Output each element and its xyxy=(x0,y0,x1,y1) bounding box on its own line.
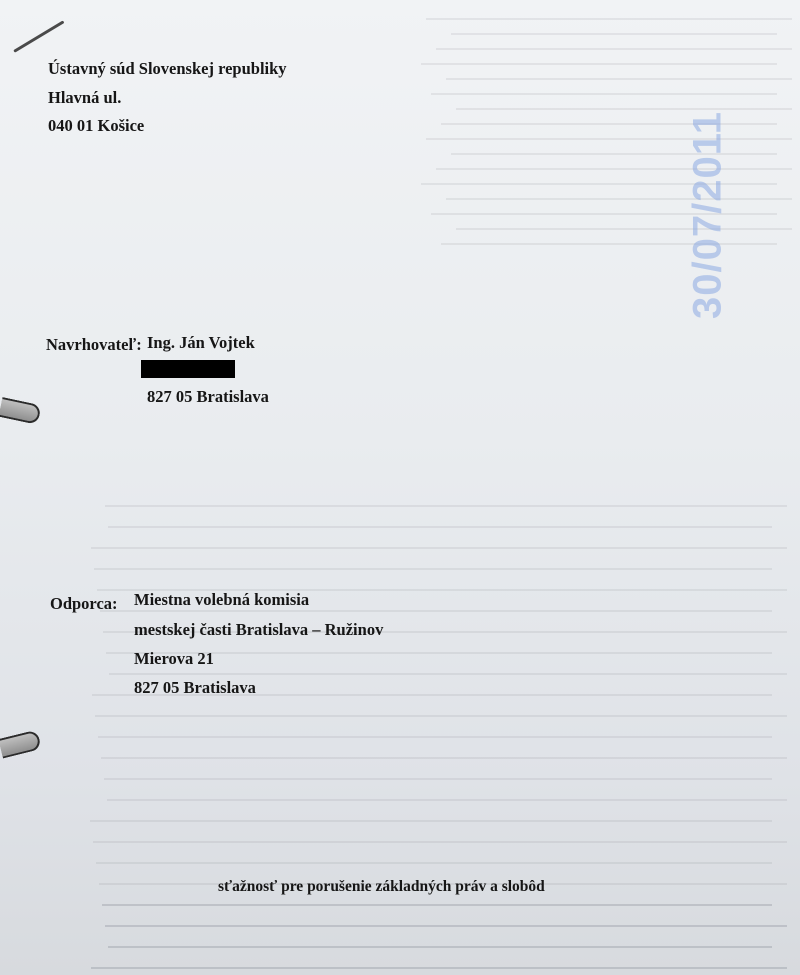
petitioner-city: 827 05 Bratislava xyxy=(147,389,269,406)
respondent-name: Miestna volebná komisia xyxy=(134,592,309,609)
bleedthrough-line xyxy=(446,198,792,200)
bleedthrough-line xyxy=(107,799,787,801)
bleedthrough-line xyxy=(436,48,792,50)
respondent-city: 827 05 Bratislava xyxy=(134,680,256,697)
bleedthrough-line xyxy=(451,33,777,35)
bleedthrough-line xyxy=(95,715,787,717)
bleedthrough-line xyxy=(101,757,787,759)
binding-ring-icon xyxy=(0,729,42,758)
recipient-city: 040 01 Košice xyxy=(48,118,144,135)
bleedthrough-line xyxy=(96,862,772,864)
bleedthrough-line xyxy=(91,547,787,549)
bleedthrough-line xyxy=(426,138,792,140)
respondent-label: Odporca: xyxy=(50,596,118,613)
bleedthrough-line xyxy=(94,568,772,570)
bleedthrough-line xyxy=(109,673,787,675)
respondent-district: mestskej časti Bratislava – Ružinov xyxy=(134,622,383,639)
bleedthrough-line xyxy=(456,108,792,110)
bleedthrough-line xyxy=(436,168,792,170)
bleedthrough-line xyxy=(421,63,777,65)
bleedthrough-line xyxy=(98,736,772,738)
bleedthrough-line xyxy=(108,946,772,948)
bleedthrough-line xyxy=(456,228,792,230)
bleedthrough-line xyxy=(105,505,787,507)
recipient-name: Ústavný súd Slovenskej republiky xyxy=(48,61,287,78)
respondent-street: Mierova 21 xyxy=(134,651,214,668)
bleedthrough-line xyxy=(90,820,772,822)
petitioner-name: Ing. Ján Vojtek xyxy=(147,335,255,352)
staple-icon xyxy=(13,20,64,52)
redaction-bar xyxy=(141,360,235,378)
bleedthrough-line xyxy=(108,526,772,528)
bleedthrough-line xyxy=(431,93,777,95)
bleedthrough-line xyxy=(446,78,792,80)
recipient-street: Hlavná ul. xyxy=(48,90,121,107)
document-subject: sťažnosť pre porušenie základných práv a… xyxy=(218,879,545,895)
date-stamp: 30/07/2011 xyxy=(686,111,731,319)
bleedthrough-line xyxy=(102,904,772,906)
bleedthrough-line xyxy=(105,925,787,927)
binding-ring-icon xyxy=(0,397,42,425)
bleedthrough-line xyxy=(93,841,787,843)
petitioner-label: Navrhovateľ: xyxy=(46,337,142,354)
bleedthrough-line xyxy=(104,778,772,780)
bleedthrough-line xyxy=(426,18,792,20)
bleedthrough-line xyxy=(100,610,772,612)
bleedthrough-line xyxy=(91,967,787,969)
